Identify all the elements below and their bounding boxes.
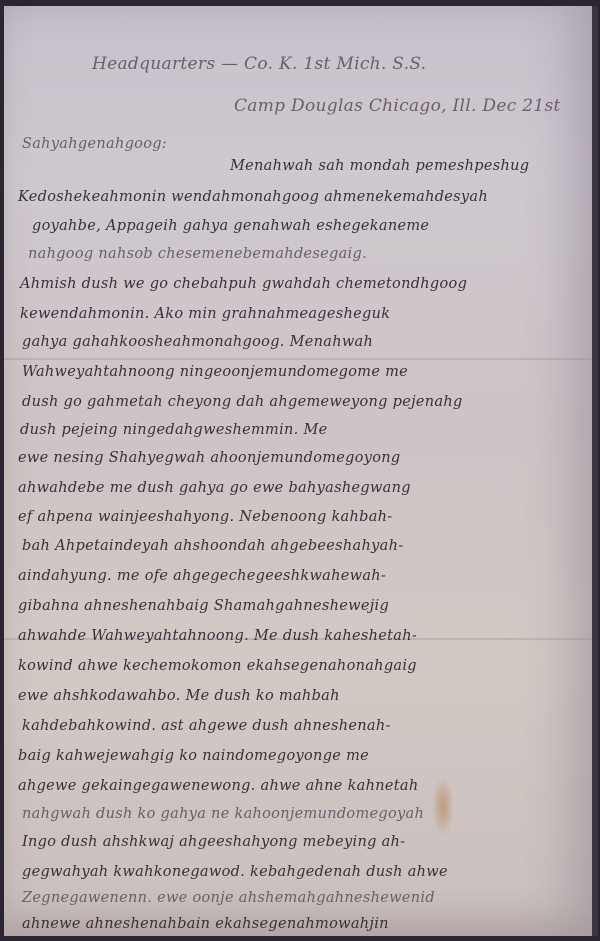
letter-line: aindahyung. me ofe ahgegechegeeshkwahewa… [18, 568, 386, 584]
letter-line: bah Ahpetaindeyah ahshoondah ahgebeeshah… [22, 538, 403, 554]
letter-line: ef ahpena wainjeeshahyong. Nebenoong kah… [18, 509, 393, 525]
letter-heading-line1: Headquarters — Co. K. 1st Mich. S.S. [92, 54, 426, 74]
letter-line: ewe ahshkodawahbo. Me dush ko mahbah [18, 688, 340, 704]
paper-fold [4, 358, 592, 360]
letter-line: Ingo dush ahshkwaj ahgeeshahyong mebeyin… [22, 834, 405, 850]
letter-line: gibahna ahneshenahbaig Shamahgahneshewej… [18, 598, 389, 614]
letter-line: Menahwah sah mondah pemeshpeshug [230, 158, 529, 174]
letter-line: goyahbe, Appageih gahya genahwah eshegek… [32, 218, 429, 234]
letter-line: dush pejeing ningedahgweshemmin. Me [20, 422, 328, 438]
letter-line: kewendahmonin. Ako min grahnahmeageshegu… [20, 306, 390, 322]
letter-line: Ahmish dush we go chebahpuh gwahdah chem… [20, 276, 467, 292]
letter-line: Zegnegawenenn. ewe oonje ahshemahgahnesh… [22, 890, 435, 906]
letter-line: Wahweyahtahnoong ningeoonjemundomegome m… [22, 364, 408, 380]
letter-line: ahwahde Wahweyahtahnoong. Me dush kahesh… [18, 628, 417, 644]
letter-heading-line2: Camp Douglas Chicago, Ill. Dec 21st [234, 96, 561, 116]
letter-line: kahdebahkowind. ast ahgewe dush ahneshen… [22, 718, 391, 734]
letter-line: ahnewe ahneshenahbain ekahsegenahmowahji… [22, 916, 389, 932]
ink-stain [432, 776, 454, 836]
letter-line: baig kahwejewahgig ko naindomegoyonge me [18, 748, 369, 764]
letter-line: gahya gahahkoosheahmonahgoog. Menahwah [22, 334, 373, 350]
letter-line: gegwahyah kwahkonegawod. kebahgedenah du… [22, 864, 448, 880]
letter-line: Kedoshekeahmonin wendahmonahgoog ahmenek… [18, 189, 488, 205]
letter-salutation: Sahyahgenahgoog: [22, 136, 167, 152]
letter-line: ewe nesing Shahyegwah ahoonjemundomegoyo… [18, 450, 401, 466]
letter-line: dush go gahmetah cheyong dah ahgemeweyon… [22, 394, 463, 410]
letter-page: Headquarters — Co. K. 1st Mich. S.S. Cam… [4, 6, 598, 936]
letter-line: ahgewe gekaingegawenewong. ahwe ahne kah… [18, 778, 419, 794]
letter-line: nahgwah dush ko gahya ne kahoonjemundome… [22, 806, 424, 822]
letter-line: nahgoog nahsob chesemenebemahdesegaig. [28, 246, 367, 262]
letter-line: kowind ahwe kechemokomon ekahsegenahonah… [18, 658, 417, 674]
letter-line: ahwahdebe me dush gahya go ewe bahyasheg… [18, 480, 411, 496]
